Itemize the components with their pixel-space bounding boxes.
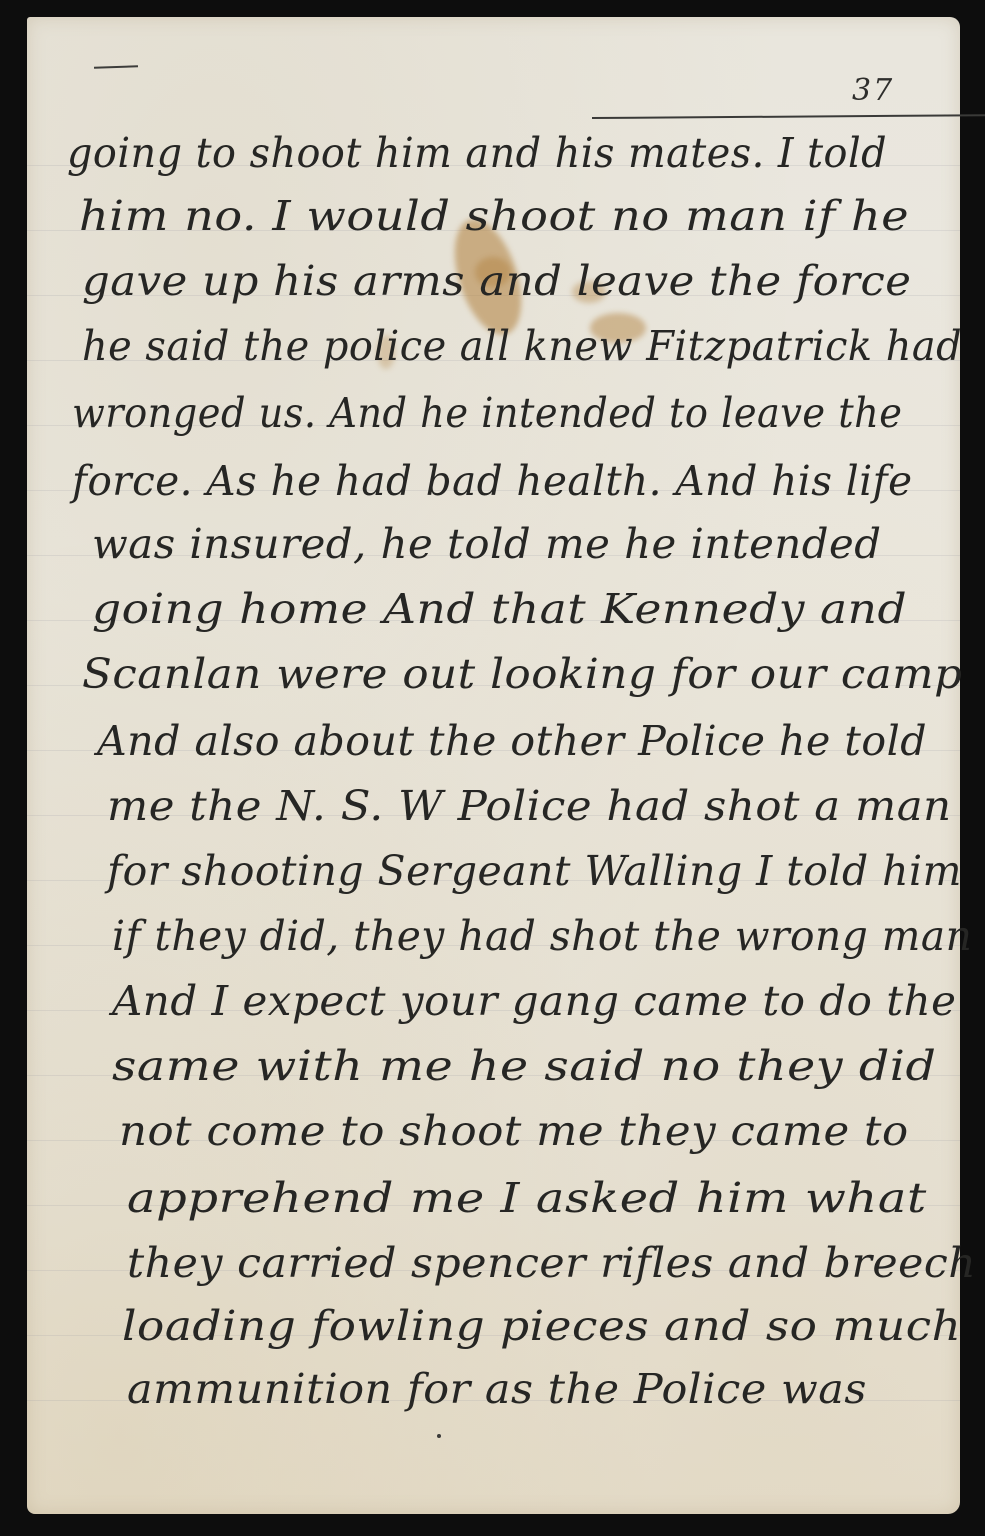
margin-mark (94, 65, 138, 69)
manuscript-line: apprehend me I asked him what (127, 1174, 927, 1222)
manuscript-line: force. As he had bad health. And his lif… (72, 457, 913, 505)
header-rule (592, 114, 985, 119)
manuscript-line: not come to shoot me they came to (119, 1107, 909, 1155)
manuscript-line: same with me he said no they did (112, 1042, 936, 1090)
manuscript-line: gave up his arms and leave the force (82, 257, 911, 305)
manuscript-line: Scanlan were out looking for our camp (82, 650, 963, 698)
page-number: 37 (852, 73, 894, 108)
ink-dot (437, 1434, 441, 1438)
manuscript-line: going home And that Kennedy and (92, 585, 907, 633)
manuscript-line: him no. I would shoot no man if he (79, 192, 909, 240)
manuscript-line: loading fowling pieces and so much (122, 1302, 961, 1350)
manuscript-line: if they did, they had shot the wrong man (112, 912, 972, 960)
manuscript-page: 37 going to shoot him and his mates. I t… (27, 17, 960, 1514)
manuscript-line: he said the police all knew Fitzpatrick … (82, 322, 962, 370)
manuscript-line: And also about the other Police he told (97, 717, 927, 765)
manuscript-line: ammunition for as the Police was (127, 1365, 867, 1413)
manuscript-line: me the N. S. W Police had shot a man (107, 782, 952, 830)
manuscript-line: was insured, he told me he intended (92, 520, 882, 568)
manuscript-line: for shooting Sergeant Walling I told him (107, 847, 962, 895)
manuscript-line: going to shoot him and his mates. I told (67, 129, 887, 177)
manuscript-line: wronged us. And he intended to leave the (72, 389, 902, 437)
manuscript-line: they carried spencer rifles and breech (127, 1239, 976, 1287)
manuscript-line: And I expect your gang came to do the (112, 977, 957, 1025)
